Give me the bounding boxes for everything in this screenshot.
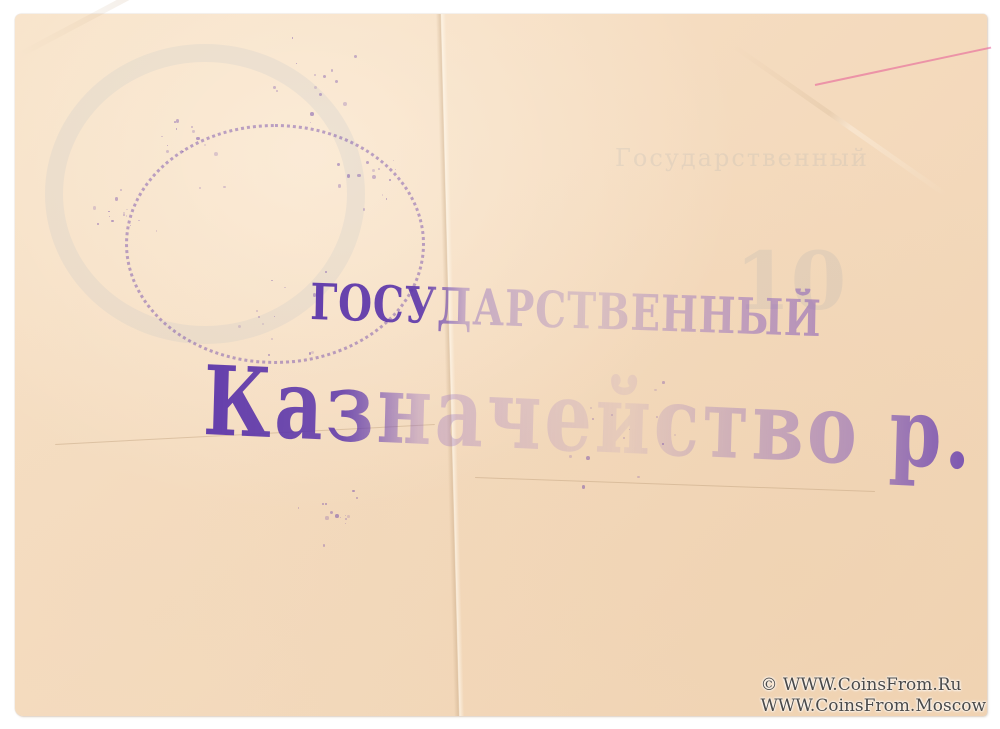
ink-speck (311, 351, 315, 355)
ink-speck (340, 517, 341, 518)
stamp-line-kaznacheystvo: Казначейство р. (202, 344, 976, 491)
ink-speck (356, 497, 358, 499)
watermark-line-2: WWW.CoinsFrom.Moscow (760, 696, 986, 717)
banknote-paper: Государственный 10 ГОСУДАРСТВЕННЫЙ Казна… (15, 14, 987, 716)
ink-speck (182, 151, 183, 152)
ink-speck (347, 515, 350, 518)
ink-speck (310, 112, 314, 116)
ink-speck (123, 212, 125, 214)
ink-speck (662, 443, 664, 445)
ink-speck (352, 490, 355, 493)
ink-speck (167, 145, 168, 146)
ink-speck (223, 186, 225, 188)
ink-speck (331, 69, 333, 71)
ink-speck (111, 220, 114, 223)
ink-speck (126, 209, 127, 210)
ink-speck (313, 293, 316, 296)
ink-speck (115, 197, 119, 201)
ink-speck (192, 130, 194, 132)
ink-speck (372, 169, 375, 172)
ink-speck (126, 215, 127, 216)
ink-speck (335, 80, 338, 83)
ink-speck (176, 119, 179, 122)
ink-speck (325, 516, 328, 519)
ink-speck (93, 206, 97, 210)
ink-speck (123, 214, 125, 216)
ink-speck (323, 75, 326, 78)
red-ink-mark (815, 47, 991, 86)
watermark-line-1: © WWW.CoinsFrom.Ru (760, 675, 986, 696)
ink-speck (298, 507, 299, 508)
ink-speck (343, 102, 347, 106)
diagonal-fold-right (732, 44, 948, 197)
ink-speck (656, 416, 658, 418)
ink-speck (611, 414, 612, 415)
ink-speck (296, 63, 297, 64)
ink-speck (258, 316, 260, 318)
ink-speck (138, 220, 140, 222)
ink-speck (586, 456, 590, 460)
ink-speck (314, 74, 316, 76)
site-watermark: © WWW.CoinsFrom.Ru WWW.CoinsFrom.Moscow (760, 675, 986, 717)
ink-speck (345, 523, 346, 524)
ink-speck (337, 163, 340, 166)
ink-speck (323, 544, 325, 546)
ink-speck (569, 455, 571, 457)
ink-speck (592, 418, 593, 419)
ink-speck (335, 514, 339, 518)
ink-speck (97, 223, 99, 225)
ink-speck (120, 189, 122, 191)
ink-speck (354, 55, 357, 58)
ink-speck (347, 174, 350, 177)
faded-print-text: Государственный (615, 144, 869, 172)
ink-speck (325, 503, 327, 505)
ink-speck (273, 86, 276, 89)
ink-speck (637, 476, 640, 479)
ink-speck (345, 515, 346, 516)
ink-speck (345, 518, 347, 520)
ink-speck (395, 169, 396, 170)
ink-speck (268, 354, 269, 355)
ink-speck (662, 381, 665, 384)
ink-speck (338, 184, 342, 188)
ink-speck (256, 310, 258, 312)
ink-speck (330, 511, 333, 514)
ink-speck (582, 485, 585, 488)
ink-speck (284, 287, 285, 288)
ink-speck (393, 160, 394, 161)
ink-speck (310, 122, 311, 123)
ink-speck (292, 37, 294, 39)
